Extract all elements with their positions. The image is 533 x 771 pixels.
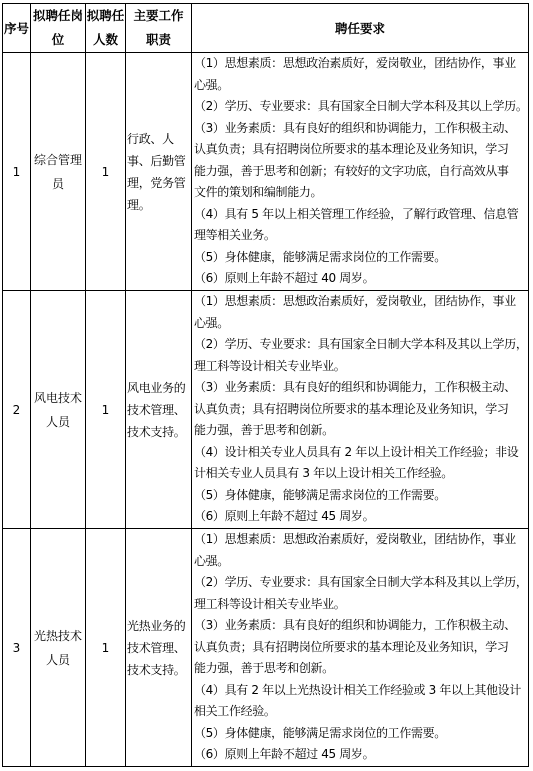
requirement-line: 心强。	[194, 313, 528, 335]
requirement-line: 认真负责；具有招聘岗位所要求的基本理论及业务知识，学习	[194, 637, 528, 659]
requirement-line: （2）学历、专业要求：具有国家全日制大学本科及其以上学历，	[194, 334, 528, 356]
requirement-line: （4）具有 5 年以上相关管理工作经验，了解行政管理、信息管	[194, 204, 528, 226]
requirement-line: 能力强，善于思考和创新；有较好的文字功底，自行高效从事	[194, 161, 528, 183]
requirement-line: 心强。	[194, 75, 528, 97]
seq-text: 1	[13, 165, 21, 179]
requirement-line: 相关工作经验。	[194, 701, 528, 723]
requirement-line: 理等相关业务。	[194, 225, 528, 247]
requirement-line: 认真负责；具有招聘岗位所要求的基本理论及业务知识，学习	[194, 139, 528, 161]
requirement-line: （2）学历、专业要求：具有国家全日制大学本科及其以上学历，	[194, 572, 528, 594]
requirement-line: 理工科等设计相关专业毕业。	[194, 356, 528, 378]
requirement-line: （3）业务素质：具有良好的组织和协调能力，工作积极主动、	[194, 615, 528, 637]
position-text: 光热技术人员	[33, 624, 83, 672]
cell-seq: 3	[3, 529, 31, 767]
cell-duties: 行政、人事、后勤管理，党务管理。	[126, 53, 192, 291]
requirement-line: 理工科等设计相关专业毕业。	[194, 594, 528, 616]
cell-count: 1	[86, 53, 126, 291]
requirement-line: 能力强，善于思考和创新。	[194, 658, 528, 680]
requirement-line: （1）思想素质：思想政治素质好，爱岗敬业，团结协作，事业	[194, 291, 528, 313]
count-text: 1	[102, 641, 110, 655]
requirement-line: 认真负责；具有招聘岗位所要求的基本理论及业务知识，学习	[194, 399, 528, 421]
cell-requirements: （1）思想素质：思想政治素质好，爱岗敬业，团结协作，事业心强。（2）学历、专业要…	[192, 529, 529, 767]
cell-seq: 2	[3, 291, 31, 529]
requirement-line: （5）身体健康，能够满足需求岗位的工作需要。	[194, 485, 528, 507]
header-count: 拟聘任人数	[86, 4, 126, 53]
header-requirements: 聘任要求	[192, 4, 529, 53]
requirement-line: （6）原则上年龄不超过 40 周岁。	[194, 268, 528, 290]
header-seq: 序号	[3, 4, 31, 53]
position-text: 风电技术人员	[33, 386, 83, 434]
table-row: 3 光热技术人员 1 光热业务的技术管理、技术支持。 （1）思想素质：思想政治素…	[3, 529, 529, 767]
requirement-line: （6）原则上年龄不超过 45 周岁。	[194, 506, 528, 528]
requirement-line: （1）思想素质：思想政治素质好，爱岗敬业，团结协作，事业	[194, 53, 528, 75]
duties-text: 风电业务的技术管理、技术支持。	[127, 381, 186, 439]
cell-position: 综合管理员	[31, 53, 86, 291]
requirement-line: 计相关专业人员具有 3 年以上设计相关工作经验。	[194, 463, 528, 485]
requirement-line: （5）身体健康，能够满足需求岗位的工作需要。	[194, 247, 528, 269]
requirement-line: （5）身体健康，能够满足需求岗位的工作需要。	[194, 723, 528, 745]
requirement-line: （3）业务素质：具有良好的组织和协调能力，工作积极主动、	[194, 118, 528, 140]
seq-text: 2	[13, 403, 21, 417]
requirement-line: （3）业务素质：具有良好的组织和协调能力，工作积极主动、	[194, 377, 528, 399]
requirement-line: 文件的策划和编制能力。	[194, 182, 528, 204]
cell-duties: 光热业务的技术管理、技术支持。	[126, 529, 192, 767]
duties-text: 光热业务的技术管理、技术支持。	[127, 619, 186, 677]
cell-requirements: （1）思想素质：思想政治素质好，爱岗敬业，团结协作，事业心强。（2）学历、专业要…	[192, 53, 529, 291]
header-duties: 主要工作职责	[126, 4, 192, 53]
cell-requirements: （1）思想素质：思想政治素质好，爱岗敬业，团结协作，事业心强。（2）学历、专业要…	[192, 291, 529, 529]
requirement-line: 心强。	[194, 551, 528, 573]
cell-seq: 1	[3, 53, 31, 291]
requirement-line: （4）具有 2 年以上光热设计相关工作经验或 3 年以上其他设计	[194, 680, 528, 702]
seq-text: 3	[13, 641, 21, 655]
recruitment-table: 序号 拟聘任岗位 拟聘任人数 主要工作职责 聘任要求 1 综合管理员 1 行政、…	[2, 3, 529, 767]
cell-position: 光热技术人员	[31, 529, 86, 767]
header-row: 序号 拟聘任岗位 拟聘任人数 主要工作职责 聘任要求	[3, 4, 529, 53]
cell-count: 1	[86, 291, 126, 529]
header-position: 拟聘任岗位	[31, 4, 86, 53]
cell-count: 1	[86, 529, 126, 767]
cell-position: 风电技术人员	[31, 291, 86, 529]
requirement-line: （4）设计相关专业人员具有 2 年以上设计相关工作经验；非设	[194, 442, 528, 464]
requirement-line: 能力强，善于思考和创新。	[194, 420, 528, 442]
duties-text: 行政、人事、后勤管理，党务管理。	[127, 132, 186, 212]
requirement-line: （2）学历、专业要求：具有国家全日制大学本科及其以上学历。	[194, 96, 528, 118]
requirement-line: （1）思想素质：思想政治素质好，爱岗敬业，团结协作，事业	[194, 529, 528, 551]
table-row: 1 综合管理员 1 行政、人事、后勤管理，党务管理。 （1）思想素质：思想政治素…	[3, 53, 529, 291]
requirement-line: （6）原则上年龄不超过 45 周岁。	[194, 744, 528, 766]
position-text: 综合管理员	[33, 148, 83, 196]
count-text: 1	[102, 403, 110, 417]
count-text: 1	[102, 165, 110, 179]
table-row: 2 风电技术人员 1 风电业务的技术管理、技术支持。 （1）思想素质：思想政治素…	[3, 291, 529, 529]
cell-duties: 风电业务的技术管理、技术支持。	[126, 291, 192, 529]
